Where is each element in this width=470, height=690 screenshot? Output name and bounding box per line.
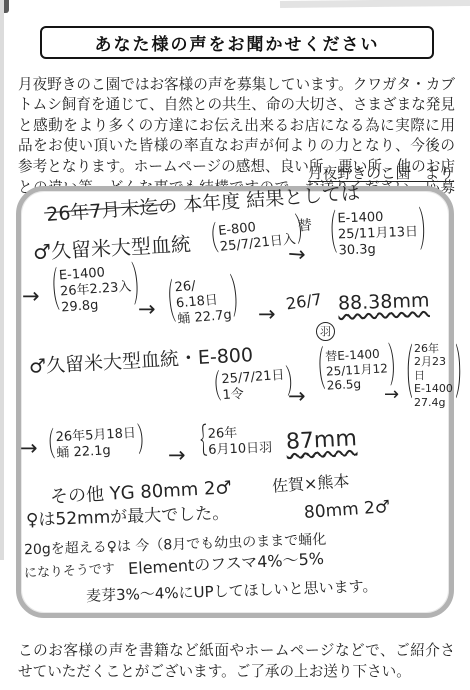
paren-open: （: [205, 372, 222, 406]
header-box: あなた様の声をお聞かせください: [40, 26, 434, 59]
arrow-glyph: →: [20, 436, 38, 462]
arrow-glyph: →: [138, 297, 156, 323]
group-body: 26年 2月23日 E-1400 27.4g: [414, 342, 454, 409]
result-size-1: 88.38mm: [338, 289, 430, 315]
scanned-letter-page: あなた様の声をお聞かせください 月夜野きのこ園ではお客様の声を募集しています。ク…: [0, 0, 470, 690]
paren-group-e1400-a: （ E-1400 25/11月13日 30.3g ）: [321, 208, 435, 259]
brace-group-eclosion: ｛ 26年 6月10日羽: [191, 425, 272, 459]
signature-line: 月夜野きのこ園 より: [308, 162, 454, 183]
paren-group-e1400-d: （ 26年 2月23日 E-1400 27.4g ）: [398, 342, 470, 409]
footer-notice: このお客様の声を書籍など紙面やホームページなどで、ご紹介させていただくことがござ…: [18, 641, 455, 683]
group-body: 26年5月18日 蛹 22.1g: [55, 426, 137, 462]
paren-group-pupa-b: （ 26年5月18日 蛹 22.1g ）: [39, 425, 153, 463]
paren-group-pupa-a: （ 26/ 6.18日 蛹 22.7g ）: [158, 274, 248, 329]
paren-close: ）: [418, 209, 435, 256]
arrow-glyph: →: [168, 443, 186, 469]
arrow-glyph: →: [287, 241, 306, 268]
page-title: あなた様の声をお聞かせください: [95, 30, 380, 55]
paren-open: （: [321, 212, 338, 259]
paren-close: ）: [455, 346, 470, 405]
paren-close: ）: [136, 424, 153, 458]
group-body: 替E-1400 25/11月12 26.5g: [325, 346, 389, 393]
arrow-glyph: →: [288, 384, 306, 410]
group-body: 25/7/21日 1令: [221, 368, 286, 404]
paren-open: （: [39, 430, 56, 464]
result-size-2: 87mm: [285, 426, 357, 456]
circled-character: 羽: [316, 300, 335, 341]
paren-open: （: [43, 269, 61, 316]
arrow-glyph: →: [22, 284, 40, 310]
scan-artifact-top-streak: [280, 0, 470, 8]
scan-artifact-left-edge: [0, 0, 4, 560]
paren-open: （: [309, 348, 326, 395]
group-body: E-1400 25/11月13日 30.3g: [337, 209, 419, 259]
arrow-glyph: →: [384, 384, 399, 406]
arrow-glyph: →: [258, 302, 276, 328]
scan-artifact-corner: [0, 0, 9, 13]
group-body: E-1400 26年2.23入 29.8g: [58, 264, 133, 316]
eclosion-mark: 羽: [316, 322, 335, 341]
group-body: 26/ 6.18日 蛹 22.7g: [174, 276, 232, 328]
paren-open: （: [398, 346, 413, 405]
group-body: 26年 6月10日羽: [207, 425, 272, 459]
handwritten-kae: 替: [297, 217, 312, 235]
brace-open: ｛: [191, 426, 207, 460]
paren-group-e1400-b: （ E-1400 26年2.23入 29.8g ）: [42, 262, 149, 317]
